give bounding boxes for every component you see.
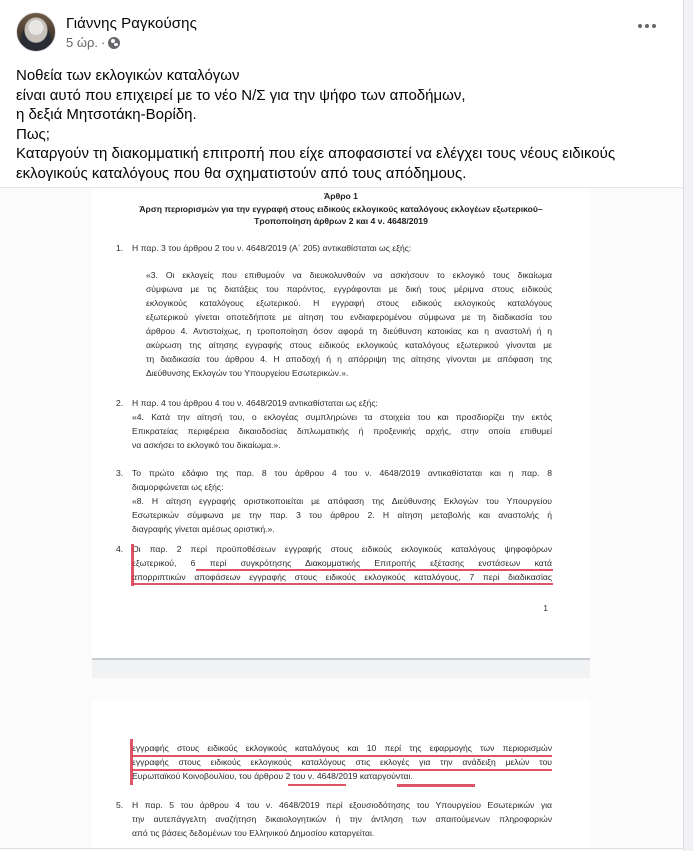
doc-line: Εσωτερικών σύμφωνα με την παρ. 3 του άρθ…	[132, 508, 552, 522]
paragraph-4: 4. Οι παρ. 2 περί προϋποθέσεων εγγραφής …	[132, 542, 552, 584]
document-page-2: εγγραφής στους ειδικούς εκλογικούς καταλ…	[92, 700, 590, 850]
doc-line: διαμορφώνεται ως εξής:	[132, 480, 552, 494]
paragraph-number: 1.	[116, 241, 123, 255]
highlight-underline	[132, 769, 552, 771]
paragraph-number: 4.	[116, 542, 123, 556]
doc-line: ακύρωση της αίτησης εγγραφής στους ειδικ…	[146, 338, 552, 352]
document-page-1: Άρθρο 1 Άρση περιορισμών για την εγγραφή…	[92, 188, 590, 658]
doc-line: απορριπτικών αποφάσεων εγγραφής στους ει…	[132, 570, 552, 584]
doc-line: «3. Οι εκλογείς που επιθυμούν να διευκολ…	[146, 268, 552, 282]
paragraph-3: 3. Το πρώτο εδάφιο της παρ. 8 του άρθρου…	[132, 466, 552, 536]
doc-line: Ευρωπαϊκού Κοινοβουλίου, του άρθρου 2 το…	[132, 769, 552, 783]
more-horizontal-icon	[638, 24, 642, 28]
paragraph-number: 2.	[116, 396, 123, 410]
divider	[0, 848, 683, 849]
doc-line: Η παρ. 3 του άρθρου 2 του ν. 4648/2019 (…	[132, 241, 552, 255]
doc-line: την αυτεπάγγελτη αναζήτηση δικαιολογητικ…	[132, 812, 552, 826]
post-card: Γιάννης Ραγκούσης 5 ώρ. · Νοθεία των εκλ…	[0, 0, 684, 851]
post-text-line: Νοθεία των εκλογικών καταλόγων	[16, 66, 666, 86]
highlight-underline	[397, 784, 475, 787]
more-options-button[interactable]	[629, 12, 665, 40]
highlight-underline	[133, 583, 553, 585]
paragraph-4-continued: εγγραφής στους ειδικούς εκλογικούς καταλ…	[132, 741, 552, 783]
paragraph-2: 2. Η παρ. 4 του άρθρου 4 του ν. 4648/201…	[132, 396, 552, 452]
doc-line: από τις βάσεις δεδομένων του Ελληνικού Δ…	[132, 826, 552, 840]
doc-line: Οι παρ. 2 περί προϋποθέσεων εγγραφής στο…	[132, 542, 552, 556]
paragraph-5: 5. Η παρ. 5 του άρθρου 4 του ν. 4648/201…	[132, 798, 552, 840]
more-dot	[645, 24, 649, 28]
post-text-line: Καταργούν τη διακομματική επιτροπή που ε…	[16, 144, 666, 164]
doc-line: «4. Κατά την αίτησή του, ο εκλογέας συμπ…	[132, 410, 552, 424]
doc-line: Διεύθυνσης Εκλογών του Υπουργείου Εσωτερ…	[146, 366, 552, 380]
doc-line: Επικρατείας περιφέρεια δικαιοδοσίας διπλ…	[132, 424, 552, 438]
meta-separator: ·	[101, 35, 105, 50]
doc-line: να ασκήσει το εκλογικό του δικαίωμα.».	[132, 438, 552, 452]
post-text-line: εκλογικούς καταλόγους που θα σχηματιστού…	[16, 164, 666, 184]
doc-line: εξωτερικού γίνεται οποτεδήποτε με αίτηση…	[146, 310, 552, 324]
paragraph-1-quote: «3. Οι εκλογείς που επιθυμούν να διευκολ…	[132, 268, 552, 380]
doc-line: εκλογικούς καταλόγους εξωτερικού. Η εγγρ…	[146, 296, 552, 310]
doc-line: άρθρου 4. Αντιστοίχως, η τροποποίηση όσο…	[146, 324, 552, 338]
doc-line: σύμφωνα με τις διατάξεις του παρόντος, ε…	[146, 282, 552, 296]
highlight-vertical-mark	[131, 544, 134, 586]
doc-line: εγγραφής στους ειδικούς εκλογικούς καταλ…	[132, 741, 552, 755]
article-title-line: Άρση περιορισμών για την εγγραφή στους ε…	[92, 203, 590, 216]
paragraph-1: 1. Η παρ. 3 του άρθρου 2 του ν. 4648/201…	[132, 241, 552, 255]
doc-line: διαγραφής γίνεται αμέσως οριστική.».	[132, 522, 552, 536]
doc-line: Η παρ. 4 του άρθρου 4 του ν. 4648/2019 α…	[132, 396, 552, 410]
post-text: Νοθεία των εκλογικών καταλόγων είναι αυτ…	[16, 66, 666, 183]
doc-line: τη διαδικασία του άρθρου 4. Η αποδοχή ή …	[146, 352, 552, 366]
post-text-line: η δεξιά Μητσοτάκη-Βορίδη.	[16, 105, 666, 125]
page-number: 1	[543, 601, 548, 615]
post-text-line: είναι αυτό που επιχειρεί με το νέο Ν/Σ γ…	[16, 86, 666, 106]
post-text-line: Πως;	[16, 125, 666, 145]
paragraph-number: 5.	[116, 798, 123, 812]
doc-line: Η παρ. 5 του άρθρου 4 του ν. 4648/2019 π…	[132, 798, 552, 812]
post-header: Γιάννης Ραγκούσης 5 ώρ. ·	[16, 12, 676, 56]
highlight-underline	[196, 569, 553, 571]
paragraph-number: 3.	[116, 466, 123, 480]
doc-line: εγγραφής στους ειδικούς εκλογικούς καταλ…	[132, 755, 552, 769]
post-meta: 5 ώρ. ·	[66, 35, 120, 50]
doc-line: Το πρώτο εδάφιο της παρ. 8 του άρθρου 4 …	[132, 466, 552, 480]
post-timestamp[interactable]: 5 ώρ.	[66, 35, 98, 50]
highlight-underline	[288, 784, 346, 786]
highlight-underline	[132, 755, 552, 757]
page-separator	[92, 658, 590, 678]
doc-line: «8. Η αίτηση εγγραφής οριστικοποιείται μ…	[132, 494, 552, 508]
article-title-line: Τροποποίηση άρθρων 2 και 4 ν. 4648/2019	[92, 215, 590, 228]
attached-document-image[interactable]: Άρθρο 1 Άρση περιορισμών για την εγγραφή…	[0, 188, 683, 848]
author-name[interactable]: Γιάννης Ραγκούσης	[66, 15, 197, 32]
more-dot	[652, 24, 656, 28]
author-avatar[interactable]	[16, 12, 56, 52]
highlight-vertical-mark	[130, 739, 133, 785]
document-heading: Άρθρο 1 Άρση περιορισμών για την εγγραφή…	[92, 190, 590, 228]
globe-icon[interactable]	[108, 37, 120, 49]
doc-line: εξωτερικού, 6 περί συγκρότησης Διακομματ…	[132, 556, 552, 570]
article-number: Άρθρο 1	[92, 190, 590, 203]
